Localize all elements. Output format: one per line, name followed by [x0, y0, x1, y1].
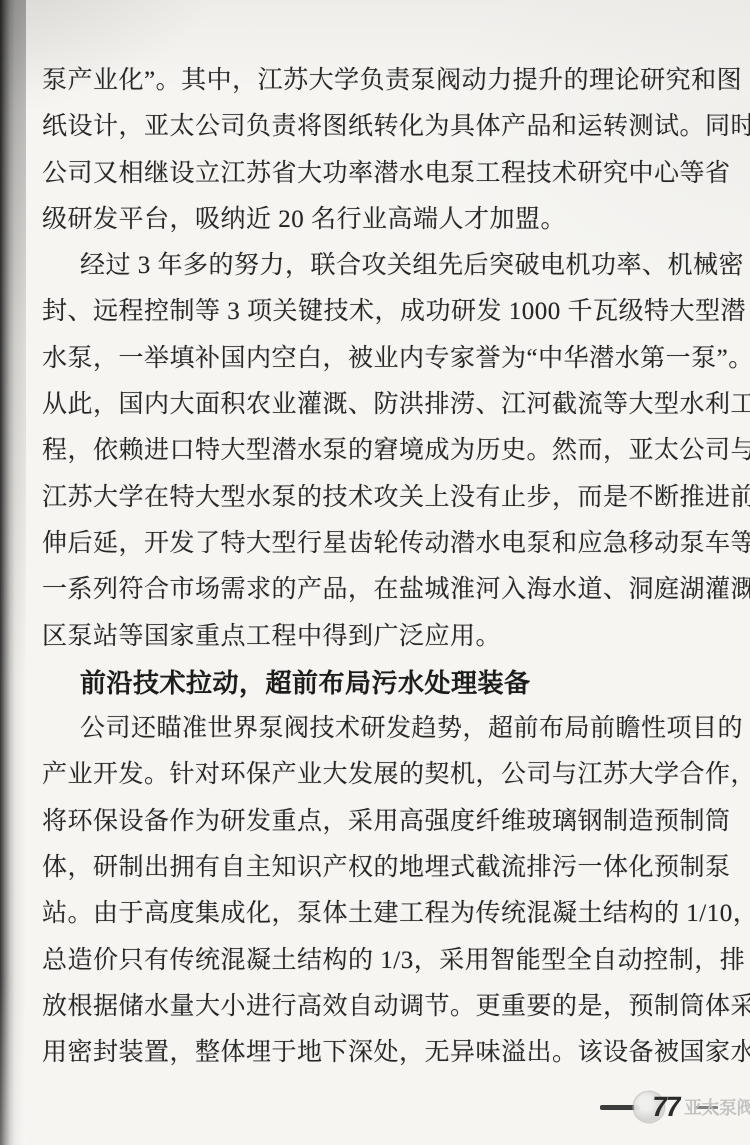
- scanned-document-page: 泵产业化”。其中，江苏大学负责泵阀动力提升的理论研究和图 纸设计，亚太公司负责将…: [0, 0, 750, 1145]
- text-line: 体，研制出拥有自主知识产权的地埋式截流排污一体化预制泵: [42, 845, 742, 891]
- text-line: 站。由于高度集成化，泵体土建工程为传统混凝土结构的 1/10，: [42, 891, 742, 937]
- text-line: 将环保设备作为研发重点，采用高强度纤维玻璃钢制造预制筒: [42, 799, 742, 845]
- text-line: 封、远程控制等 3 项关键技术，成功研发 1000 千瓦级特大型潜: [42, 289, 742, 335]
- page-footer: 77 亚太泵阀: [0, 1088, 750, 1132]
- body-text: 泵产业化”。其中，江苏大学负责泵阀动力提升的理论研究和图 纸设计，亚太公司负责将…: [42, 58, 742, 1077]
- text-line: 产业开发。针对环保产业大发展的契机，公司与江苏大学合作，: [42, 752, 742, 798]
- text-line: 纸设计，亚太公司负责将图纸转化为具体产品和运转测试。同时，: [42, 104, 742, 150]
- text-line: 放根据储水量大小进行高效自动调节。更重要的是，预制筒体采: [42, 984, 742, 1030]
- text-line: 一系列符合市场需求的产品，在盐城淮河入海水道、洞庭湖灌溉: [42, 567, 742, 613]
- text-line: 江苏大学在特大型水泵的技术攻关上没有止步，而是不断推进前: [42, 475, 742, 521]
- text-line: 水泵，一举填补国内空白，被业内专家誉为“中华潜水第一泵”。: [42, 336, 742, 382]
- text-line-paragraph-start: 公司还瞄准世界泵阀技术研发趋势，超前布局前瞻性项目的: [42, 706, 742, 752]
- text-line: 用密封装置，整体埋于地下深处，无异味溢出。该设备被国家水: [42, 1030, 742, 1076]
- book-spine-shadow: [0, 0, 26, 1145]
- text-line: 公司又相继设立江苏省大功率潜水电泵工程技术研究中心等省: [42, 151, 742, 197]
- text-line: 总造价只有传统混凝土结构的 1/3，采用智能型全自动控制，排: [42, 938, 742, 984]
- text-line: 伸后延，开发了特大型行星齿轮传动潜水电泵和应急移动泵车等: [42, 521, 742, 567]
- text-line: 泵产业化”。其中，江苏大学负责泵阀动力提升的理论研究和图: [42, 58, 742, 104]
- text-line: 级研发平台，吸纳近 20 名行业高端人才加盟。: [42, 197, 742, 243]
- text-line: 区泵站等国家重点工程中得到广泛应用。: [42, 614, 742, 660]
- watermark-label: 亚太泵阀: [684, 1098, 750, 1118]
- page-number: 77: [650, 1091, 682, 1123]
- text-line: 程，依赖进口特大型潜水泵的窘境成为历史。然而，亚太公司与: [42, 428, 742, 474]
- text-line: 从此，国内大面积农业灌溉、防洪排涝、江河截流等大型水利工: [42, 382, 742, 428]
- section-heading: 前沿技术拉动，超前布局污水处理装备: [42, 660, 742, 706]
- text-line-paragraph-start: 经过 3 年多的努力，联合攻关组先后突破电机功率、机械密: [42, 243, 742, 289]
